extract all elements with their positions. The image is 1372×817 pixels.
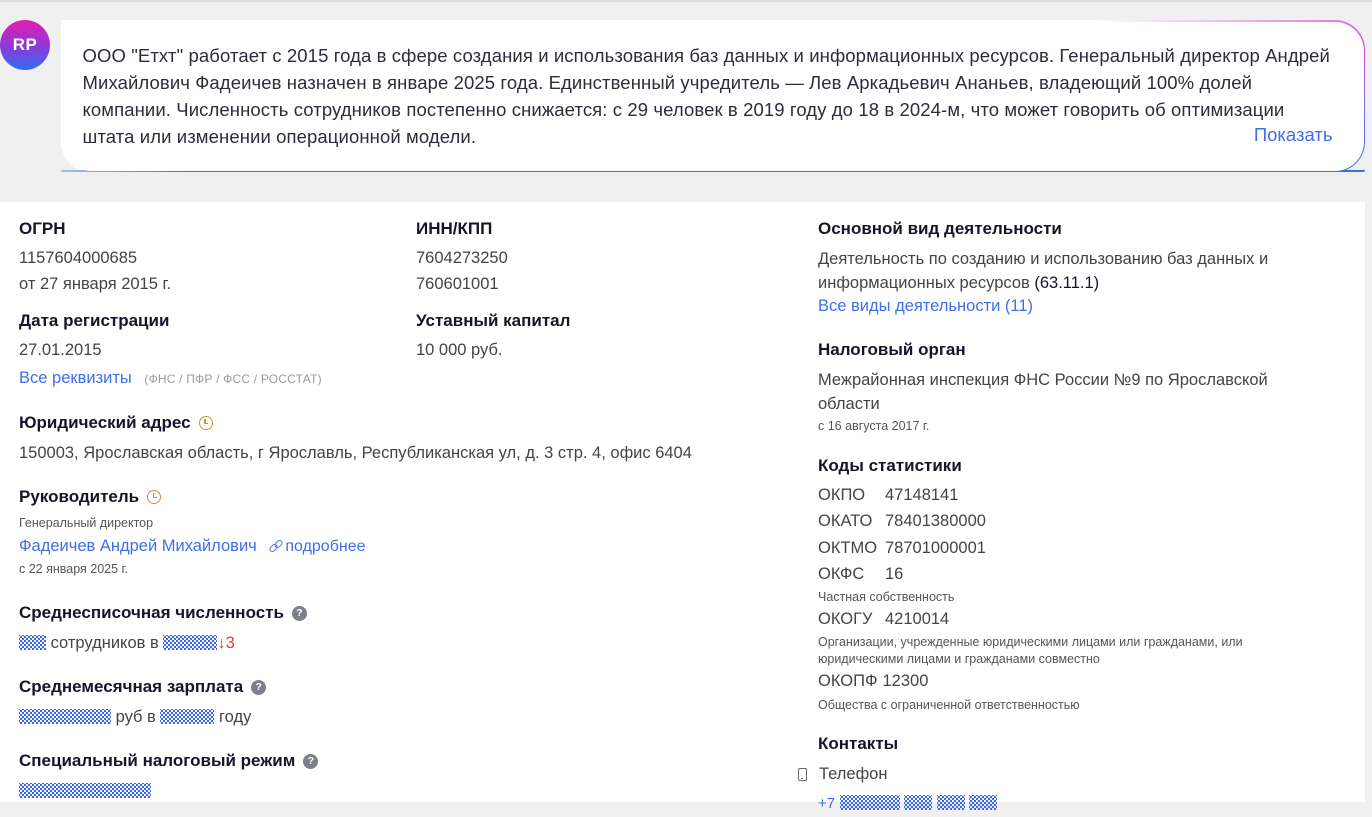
salary-section: Среднемесячная зарплата ? руб в году <box>19 676 419 730</box>
okato-key: ОКАТО <box>818 508 885 534</box>
all-details-link[interactable]: Все реквизиты <box>19 369 132 387</box>
ogrn-value: 1157604000685 <box>19 245 171 271</box>
capital-section: Уставный капитал 10 000 руб. <box>416 310 716 363</box>
activity-section: Основной вид деятельности Деятельность п… <box>818 218 1318 317</box>
phone-hidden-part-4[interactable] <box>969 795 997 802</box>
director-more-link[interactable]: подробнее <box>269 538 365 555</box>
oktmo-row: ОКТМО 78701000001 <box>818 535 1338 561</box>
ai-summary-bubble: ООО "Етхт" работает с 2015 года в сфере … <box>61 20 1365 172</box>
director-more-text: подробнее <box>285 538 365 555</box>
headcount-section: Среднесписочная численность ? сотруднико… <box>19 602 419 656</box>
stat-codes-label: Коды статистики <box>818 455 1338 477</box>
ogrn-section: ОГРН 1157604000685 от 27 января 2015 г. <box>19 218 171 297</box>
registration-section: Дата регистрации 27.01.2015 Все реквизит… <box>19 310 419 392</box>
ai-summary-text: ООО "Етхт" работает с 2015 года в сфере … <box>83 42 1334 150</box>
clock-icon[interactable] <box>147 490 161 504</box>
tax-regime-section: Специальный налоговый режим ? <box>19 750 419 802</box>
okogu-value: 4210014 <box>885 607 949 631</box>
phone-prefix[interactable]: +7 <box>818 795 835 802</box>
okfs-row: ОКФС 16 <box>818 561 1338 587</box>
all-details-note: (ФНС / ПФР / ФСС / РОССТАТ) <box>144 372 321 386</box>
director-position: Генеральный директор <box>19 514 439 532</box>
oktmo-key: ОКТМО <box>818 535 885 561</box>
phone-hidden-part-3[interactable] <box>937 795 965 802</box>
headcount-label: Среднесписочная численность <box>19 603 284 623</box>
kpp-value: 760601001 <box>416 271 508 297</box>
okpo-row: ОКПО 47148141 <box>818 482 1338 508</box>
okpo-value: 47148141 <box>885 482 958 508</box>
salary-text-end: году <box>219 708 251 726</box>
all-activities-link[interactable]: Все виды деятельности (11) <box>818 295 1318 317</box>
okopf-value: 12300 <box>883 668 929 694</box>
okogu-row: ОКОГУ 4210014 <box>818 607 1338 631</box>
director-section: Руководитель Генеральный директор Фадеич… <box>19 486 439 578</box>
inn-kpp-label: ИНН/КПП <box>416 218 508 240</box>
okato-row: ОКАТО 78401380000 <box>818 508 1338 534</box>
ogrn-date: от 27 января 2015 г. <box>19 271 171 297</box>
okopf-note: Общества с ограниченной ответственностью <box>818 694 1338 716</box>
registration-label: Дата регистрации <box>19 310 419 332</box>
inn-value: 7604273250 <box>416 245 508 271</box>
okogu-key: ОКОГУ <box>818 607 885 631</box>
tax-regime-label: Специальный налоговый режим <box>19 751 295 771</box>
phone-hidden-part-2[interactable] <box>904 795 932 802</box>
address-section: Юридический адрес 150003, Ярославская об… <box>19 412 779 466</box>
activity-label: Основной вид деятельности <box>818 218 1318 240</box>
activity-code: (63.11.1) <box>1034 274 1099 292</box>
director-since: с 22 января 2025 г. <box>19 560 439 578</box>
director-name-link[interactable]: Фадеичев Андрей Михайлович <box>19 537 257 555</box>
phone-label: Телефон <box>819 761 887 787</box>
capital-value: 10 000 руб. <box>416 337 716 363</box>
ai-summary-content: ООО "Етхт" работает с 2015 года в сфере … <box>63 22 1364 171</box>
tax-authority-label: Налоговый орган <box>818 339 1318 361</box>
okpo-key: ОКПО <box>818 482 885 508</box>
okfs-key: ОКФС <box>818 561 885 587</box>
phone-icon <box>798 768 807 781</box>
tax-authority-section: Налоговый орган Межрайонная инспекция ФН… <box>818 339 1318 435</box>
help-icon[interactable]: ? <box>303 754 318 769</box>
stat-codes-section: Коды статистики ОКПО 47148141 ОКАТО 7840… <box>818 455 1338 716</box>
okopf-key: ОКОПФ <box>818 668 878 694</box>
director-label: Руководитель <box>19 487 139 507</box>
okfs-value: 16 <box>885 561 903 587</box>
tax-authority-since: с 16 августа 2017 г. <box>818 417 1318 435</box>
okfs-note: Частная собственность <box>818 587 1338 607</box>
headcount-hidden-year[interactable] <box>163 635 217 650</box>
salary-hidden-value[interactable] <box>19 709 111 724</box>
avatar-initials: RP <box>13 35 38 55</box>
headcount-text: сотрудников в <box>51 634 159 652</box>
address-value: 150003, Ярославская область, г Ярославль… <box>19 440 779 466</box>
okogu-note: Организации, учрежденные юридическими ли… <box>818 634 1318 668</box>
contacts-section: Контакты Телефон +7 <box>818 733 1338 802</box>
headcount-hidden-value[interactable] <box>19 635 46 650</box>
clock-icon[interactable] <box>199 416 213 430</box>
company-details-card: ОГРН 1157604000685 от 27 января 2015 г. … <box>0 202 1365 802</box>
oktmo-value: 78701000001 <box>885 535 986 561</box>
headcount-change: ↓3 <box>217 634 234 652</box>
assistant-avatar: RP <box>0 20 50 70</box>
phone-hidden-part-1[interactable] <box>840 795 900 802</box>
help-icon[interactable]: ? <box>251 680 266 695</box>
salary-text: руб в <box>116 708 156 726</box>
help-icon[interactable]: ? <box>292 606 307 621</box>
salary-hidden-year[interactable] <box>160 709 214 724</box>
phone-row: Телефон <box>798 761 1338 787</box>
address-label: Юридический адрес <box>19 413 191 433</box>
okopf-row: ОКОПФ 12300 <box>818 668 1338 694</box>
registration-date: 27.01.2015 <box>19 337 419 363</box>
link-icon <box>269 539 282 552</box>
salary-label: Среднемесячная зарплата <box>19 677 243 697</box>
okato-value: 78401380000 <box>885 508 986 534</box>
capital-label: Уставный капитал <box>416 310 716 332</box>
top-divider <box>0 0 1372 2</box>
show-more-link[interactable]: Показать <box>1254 124 1333 146</box>
tax-regime-hidden-value[interactable] <box>19 783 151 798</box>
contacts-label: Контакты <box>818 733 1338 755</box>
ogrn-label: ОГРН <box>19 218 171 240</box>
tax-authority-value: Межрайонная инспекция ФНС России №9 по Я… <box>818 368 1318 416</box>
inn-kpp-section: ИНН/КПП 7604273250 760601001 <box>416 218 508 297</box>
